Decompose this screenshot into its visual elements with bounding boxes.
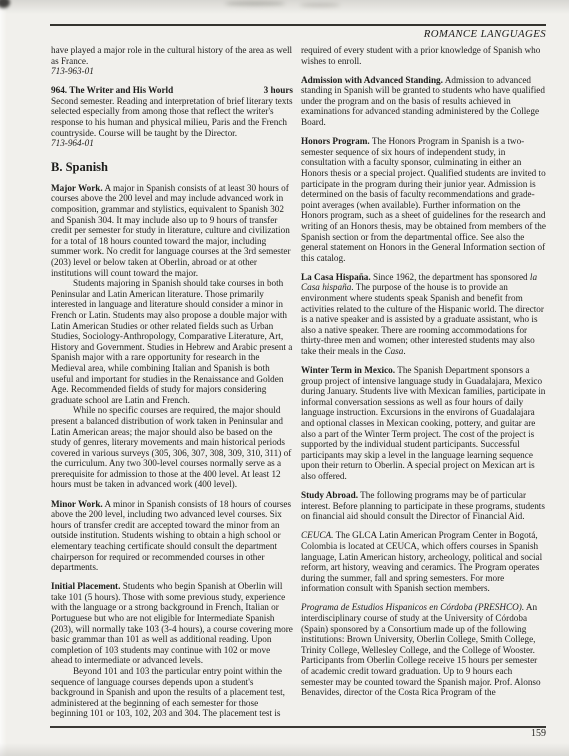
course-header: 964. The Writer and His World3 hours	[51, 85, 293, 96]
text-run: While no specific courses are required, …	[51, 405, 291, 489]
paragraph-lead: Major Work.	[51, 183, 103, 193]
footer-rule	[50, 726, 546, 728]
paragraph: Second semester. Reading and interpretat…	[51, 96, 293, 138]
text-run: required of every student with a prior k…	[301, 45, 540, 66]
text-run: An interdisciplinary course of study at …	[301, 602, 541, 697]
paragraph: have played a major role in the cultural…	[51, 45, 293, 66]
paragraph: Minor Work. A minor in Spanish consists …	[51, 499, 293, 573]
paragraph: While no specific courses are required, …	[51, 405, 293, 490]
scan-edge-artifact-left	[0, 0, 7, 756]
text-run: . The purpose of the house is to provide…	[301, 282, 544, 356]
text-run: Beyond 101 and 103 the particular entry …	[51, 666, 285, 718]
running-header-title: ROMANCE LANGUAGES	[424, 29, 546, 40]
paragraph: Study Abroad. The following programs may…	[301, 490, 546, 522]
header-rule	[50, 24, 546, 26]
paragraph-lead: Initial Placement.	[51, 581, 120, 591]
text-run: Since 1962, the department has sponsored	[373, 272, 530, 282]
right-text-column: required of every student with a prior k…	[301, 45, 546, 698]
paragraph: required of every student with a prior k…	[301, 45, 546, 66]
course-hours: 3 hours	[264, 85, 293, 96]
text-run: The Honors Program in Spanish is a two-s…	[301, 136, 546, 263]
paragraph: Admission with Advanced Standing. Admiss…	[301, 75, 546, 128]
paragraph: Programa de Estudios Hispanicos en Córdo…	[301, 602, 546, 697]
text-run: Students majoring in Spanish should take…	[51, 278, 292, 405]
paragraph: Initial Placement. Students who begin Sp…	[51, 581, 293, 666]
left-text-column: have played a major role in the cultural…	[51, 45, 293, 719]
text-run: A major in Spanish consists of at least …	[51, 183, 291, 278]
paragraph: Beyond 101 and 103 the particular entry …	[51, 666, 293, 719]
course-number: 713-963-01	[51, 66, 293, 77]
paragraph: Students majoring in Spanish should take…	[51, 278, 293, 405]
text-run: The GLCA Latin American Program Center i…	[301, 530, 542, 593]
text-run: A minor in Spanish consists of 18 hours …	[51, 499, 291, 573]
paragraph-lead: Honors Program.	[301, 136, 370, 146]
paragraph-lead: Winter Term in Mexico.	[301, 365, 395, 375]
scan-smudge	[225, 1, 285, 6]
scan-smudge	[300, 3, 340, 7]
page-number: 159	[531, 729, 546, 740]
text-run: .	[403, 346, 405, 356]
section-heading: B. Spanish	[51, 161, 293, 174]
paragraph-lead: Admission with Advanced Standing.	[301, 75, 443, 85]
course-number: 713-964-01	[51, 138, 293, 149]
paragraph: Winter Term in Mexico. The Spanish Depar…	[301, 365, 546, 482]
catalog-page: ROMANCE LANGUAGES have played a major ro…	[0, 0, 569, 756]
paragraph: Major Work. A major in Spanish consists …	[51, 183, 293, 278]
paragraph-lead: Minor Work.	[51, 499, 103, 509]
paragraph: La Casa Hispaña. Since 1962, the departm…	[301, 272, 546, 357]
paragraph-lead: Study Abroad.	[301, 490, 358, 500]
paragraph-lead: CEUCA.	[301, 530, 333, 540]
course-title: 964. The Writer and His World	[51, 85, 173, 96]
text-run: Second semester. Reading and interpretat…	[51, 96, 293, 138]
paragraph: Honors Program. The Honors Program in Sp…	[301, 136, 546, 263]
text-run: have played a major role in the cultural…	[51, 45, 292, 66]
scan-smudge-corner	[0, 0, 10, 8]
text-run: The Spanish Department sponsors a group …	[301, 365, 545, 481]
paragraph: CEUCA. The GLCA Latin American Program C…	[301, 530, 546, 594]
paragraph-lead: Programa de Estudios Hispanicos en Córdo…	[301, 602, 524, 612]
scan-edge-artifact-bottom	[0, 743, 569, 756]
text-run: Casa	[384, 346, 403, 356]
paragraph-lead: La Casa Hispaña.	[301, 272, 371, 282]
text-run: Students who begin Spanish at Oberlin wi…	[51, 581, 293, 665]
